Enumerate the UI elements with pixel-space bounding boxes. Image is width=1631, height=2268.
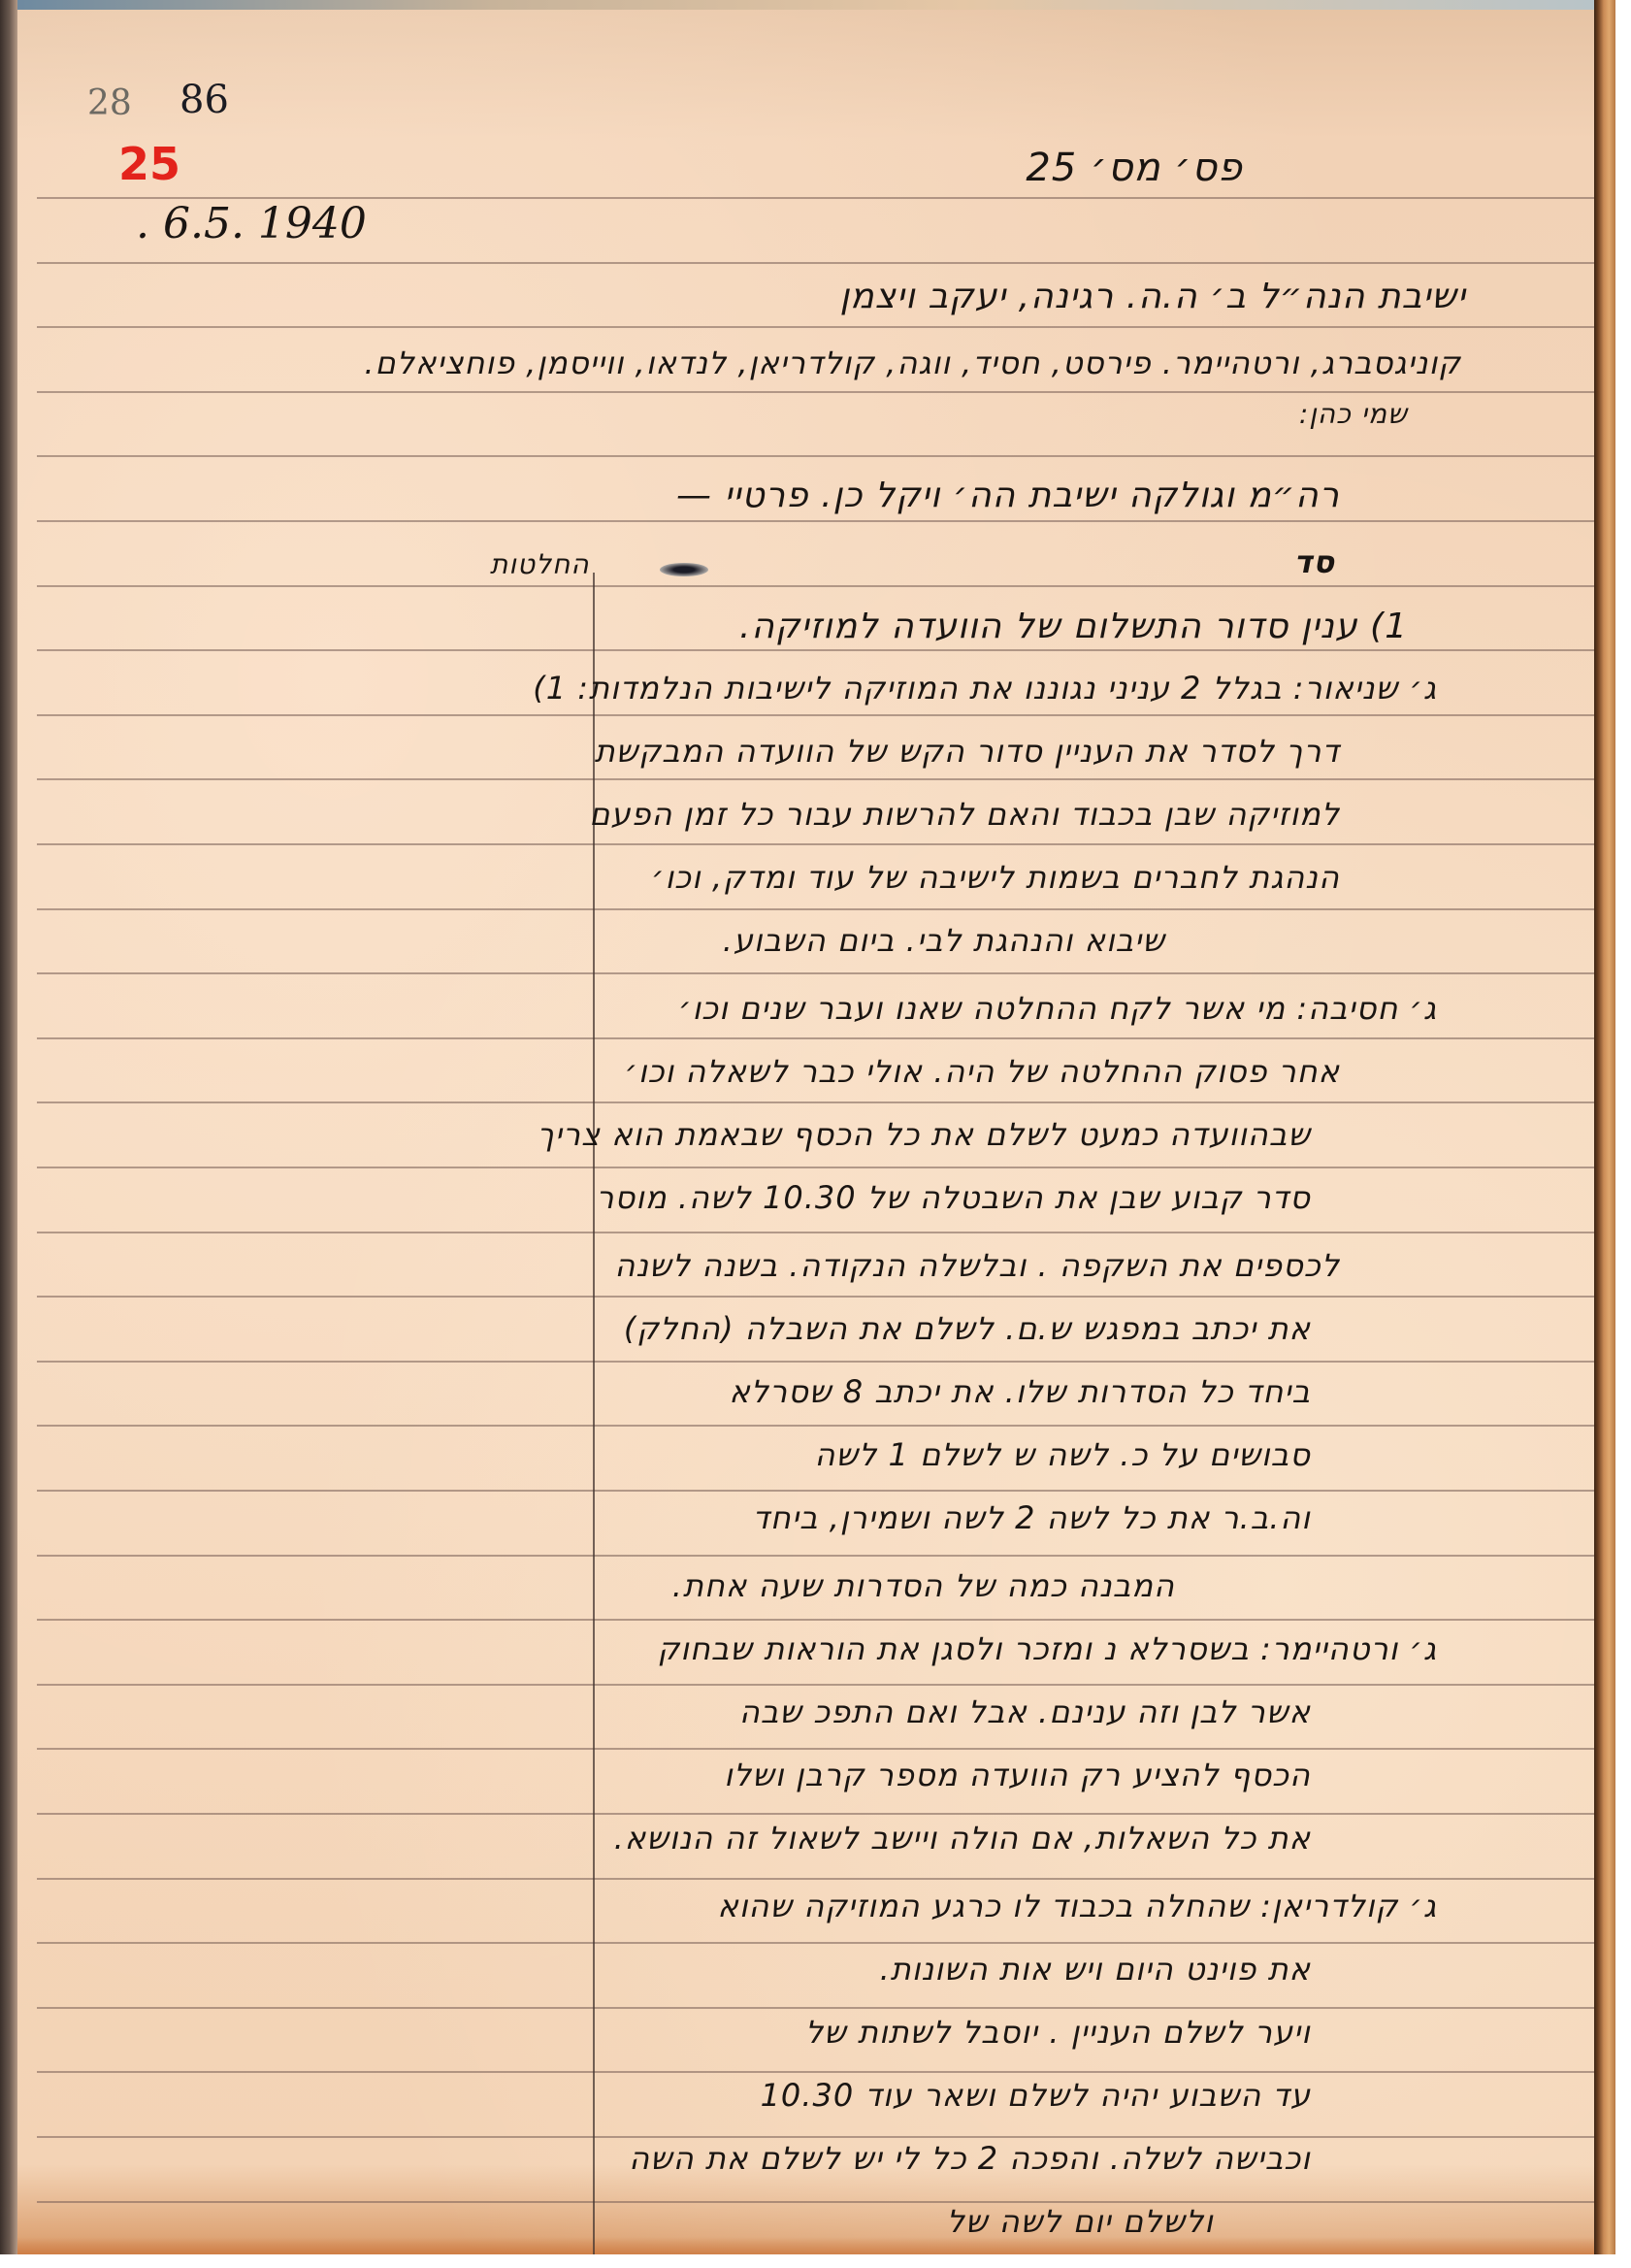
ruled-line bbox=[37, 1619, 1594, 1621]
minutes-line: ולשלם יום לשה של bbox=[947, 2203, 1214, 2240]
ruled-line bbox=[37, 520, 1594, 522]
archive-stamp-number: 86 bbox=[179, 78, 229, 122]
agenda-item-line: ג׳ שניאור: בגלל 2 עניני נגוננו את המוזיק… bbox=[533, 670, 1437, 707]
minutes-line: המבנה כמה של הסדרות שעה אחת. bbox=[672, 1567, 1175, 1604]
ruled-line bbox=[37, 843, 1594, 845]
ruled-line bbox=[37, 326, 1594, 328]
ruled-line bbox=[37, 1361, 1594, 1363]
margin-header-decisions: החלטות bbox=[490, 548, 590, 580]
document-title: פס׳ מס׳ 25 bbox=[1026, 146, 1243, 190]
ruled-line bbox=[37, 1296, 1594, 1298]
ruled-line bbox=[37, 1425, 1594, 1427]
agenda-item-line: 1) ענין סדור התשלום של הוועדה למוזיקה. bbox=[739, 607, 1408, 646]
ruled-line bbox=[37, 714, 1594, 716]
minutes-line: וכבישה לשלה. והפכה 2 כל לי יש לשלם את הש… bbox=[629, 2140, 1311, 2177]
minutes-line: את יכתב במפגש ש.ם. לשלם את השבלה (החלק) bbox=[624, 1310, 1311, 1347]
ruled-line bbox=[37, 2007, 1594, 2009]
ruled-line bbox=[37, 908, 1594, 910]
attendees-line-1: ישיבת הנה״ל ב׳ ה.ה. רגינה, יעקב ויצמן bbox=[839, 277, 1466, 316]
minutes-line: שבהוועדה כמעט לשלם את כל הכסף שבאמת הוא … bbox=[538, 1116, 1311, 1153]
ruled-line bbox=[37, 1813, 1594, 1815]
page-top-edge bbox=[17, 0, 1594, 10]
ruled-line bbox=[37, 1037, 1594, 1039]
ink-blot bbox=[660, 563, 708, 576]
ruled-line bbox=[37, 1167, 1594, 1168]
minutes-line: סדר קבוע שבן את השבטלה של 10.30 לשה. מוס… bbox=[596, 1179, 1311, 1216]
book-binding-right-edge bbox=[1594, 0, 1615, 2254]
minutes-line: ויער לשלם העניין . יוסבל לשתות של bbox=[805, 2014, 1311, 2051]
book-spine-left-edge bbox=[0, 0, 17, 2254]
ruled-line bbox=[37, 1490, 1594, 1492]
ruled-line bbox=[37, 391, 1594, 393]
minutes-line: שיבוא והנהגת לבי. ביום השבוע. bbox=[723, 922, 1165, 959]
ruled-line bbox=[37, 1942, 1594, 1944]
minutes-line: הנהגת לחברים בשמות לישיבה של עוד ומדק, ו… bbox=[651, 859, 1340, 896]
minutes-line: אחר פסוק ההחלטה של היה. אולי כבר לשאלה ו… bbox=[625, 1053, 1340, 1090]
agenda-marker: סד bbox=[1293, 543, 1335, 580]
ruled-line bbox=[37, 585, 1594, 587]
ruled-line bbox=[37, 1748, 1594, 1750]
ruled-line bbox=[37, 2136, 1594, 2138]
chair-line: רה״מ וגולקה ישיבת הה׳ ויקל כן. פרטיי — bbox=[676, 476, 1340, 515]
minutes-line: לכספים את השקפה . ובלשלה הנקודה. בשנה לש… bbox=[614, 1247, 1340, 1284]
document-date: . 6.5. 1940 bbox=[136, 199, 367, 248]
ruled-line bbox=[37, 1878, 1594, 1880]
agenda-item-line: ג׳ ורטהיימר: בשסרלא נ ומזכר ולסגן את הור… bbox=[658, 1630, 1437, 1667]
agenda-item-line: ג׳ קולדריאן: שהחלה בכבוד לו כרגע המוזיקה… bbox=[717, 1888, 1437, 1924]
minutes-line: הכסף להציע רק הוועדה מספר קרבן ושלו bbox=[724, 1757, 1311, 1793]
minutes-line: וה.ב.ר את כל לשה 2 לשה ושמירן, ביחד bbox=[753, 1499, 1311, 1536]
ruled-line bbox=[37, 1101, 1594, 1103]
ruled-line bbox=[37, 2201, 1594, 2203]
minutes-line: ביחד כל הסדרות שלו. את יכתב 8 שסרלא bbox=[729, 1373, 1311, 1410]
minutes-line: עד השבוע יהיה לשלם ושאר עוד 10.30 bbox=[761, 2077, 1311, 2114]
ruled-line bbox=[37, 778, 1594, 780]
ruled-line bbox=[37, 1232, 1594, 1233]
ruled-line bbox=[37, 262, 1594, 264]
red-page-number: 25 bbox=[118, 138, 180, 190]
minutes-line: דרך לסדר את העניין סדור הקש של הוועדה המ… bbox=[595, 733, 1340, 770]
minutes-line: את כל השאלות, אם הולה ויישב לשאול זה הנו… bbox=[614, 1820, 1311, 1857]
attendees-line-2: קוניגסברג, ורטהיימר. פירסט, חסיד, ווגה, … bbox=[364, 345, 1461, 381]
minutes-line: את פוינט היום ויש אות השונות. bbox=[880, 1951, 1311, 1988]
ruled-line bbox=[37, 1684, 1594, 1686]
minutes-line: למוזיקה שבן בכבוד והאם להרשות עבור כל זמ… bbox=[589, 796, 1340, 833]
attendees-line-3: שמי כהן: bbox=[1299, 398, 1408, 430]
agenda-item-line: ג׳ חסיבה: מי אשר לקח ההחלטה שאנו ועבר שנ… bbox=[678, 990, 1437, 1027]
ruled-line bbox=[37, 455, 1594, 457]
minutes-line: סבושים על כ. לשה ש לשלם 1 לשה bbox=[815, 1436, 1311, 1473]
ruled-line bbox=[37, 649, 1594, 651]
minutes-line: אשר לבן וזה ענינם. אבל ואם התפכ שבה bbox=[739, 1693, 1311, 1730]
ruled-line bbox=[37, 1555, 1594, 1557]
ruled-line bbox=[37, 2071, 1594, 2073]
faded-archive-number: 28 bbox=[87, 83, 132, 123]
ruled-line bbox=[37, 972, 1594, 974]
